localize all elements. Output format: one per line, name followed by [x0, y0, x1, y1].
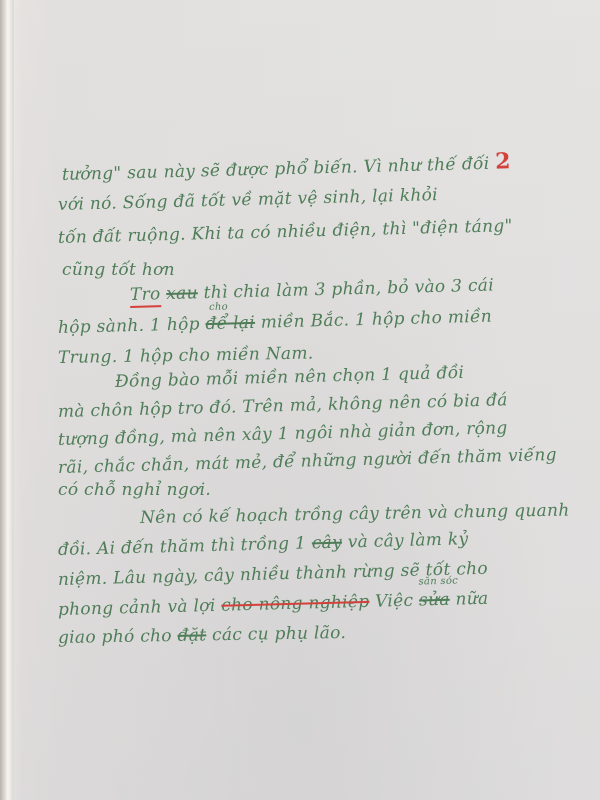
handwritten-line-17a: giao phó cho	[58, 626, 172, 648]
notebook-page: tưởng" sau này sẽ được phổ biến. Vì như …	[0, 0, 600, 800]
text-line: tưởng" sau này sẽ được phổ biến. Vì như …	[62, 144, 600, 186]
handwritten-line-8: Đồng bào mỗi miền nên chọn 1 quả đồi	[115, 363, 465, 392]
handwritten-line-4: cũng tốt hơn	[62, 260, 175, 280]
text-line: đồi. Ai đến thăm thì trồng 1 cây và cây …	[58, 524, 600, 560]
handwritten-line-17b: các cụ phụ lão.	[212, 623, 346, 645]
struck-word: sửa	[419, 590, 450, 611]
text-line: phong cảnh và lợi cho nông nghiệp Việc s…	[58, 584, 600, 620]
book-spine-shadow	[0, 0, 14, 800]
handwritten-line-16a: phong cảnh và lợi	[58, 596, 216, 620]
handwritten-line-14b: và cây làm kỷ	[347, 529, 468, 552]
page-number-marker: 2	[495, 148, 511, 174]
handwritten-line-2: với nó. Sống đã tốt về mặt vệ sinh, lại …	[58, 185, 438, 215]
text-line: giao phó cho đặt các cụ phụ lão.	[58, 618, 600, 648]
handwritten-line-11: rãi, chắc chắn, mát mẻ, để những người đ…	[58, 445, 557, 478]
handwritten-line-1: tưởng" sau này sẽ được phổ biến. Vì như …	[62, 154, 490, 185]
handwritten-line-13: Nên có kế hoạch trồng cây trên và chung …	[140, 501, 570, 528]
text-line: có chỗ nghỉ ngơi.	[58, 480, 600, 500]
handwritten-line-12: có chỗ nghỉ ngơi.	[58, 480, 211, 500]
handwritten-line-7: Trung. 1 hộp cho miền Nam.	[58, 344, 314, 368]
struck-word: cây	[312, 533, 343, 554]
struck-phrase-red: cho nông nghiệp	[221, 592, 370, 616]
handwritten-line-9: mà chôn hộp tro đó. Trên mả, không nên c…	[58, 390, 508, 422]
inserted-word: săn sóc	[418, 576, 458, 588]
handwritten-line-16c: nữa	[455, 589, 488, 610]
handwritten-line-6b: miền Bắc. 1 hộp cho miền	[260, 307, 492, 333]
text-line: tốn đất ruộng. Khi ta có nhiều điện, thì…	[58, 212, 600, 248]
text-line: mà chôn hộp tro đó. Trên mả, không nên c…	[58, 386, 600, 422]
text-line: với nó. Sống đã tốt về mặt vệ sinh, lại …	[58, 179, 600, 215]
struck-word: đặt	[177, 625, 206, 645]
handwritten-line-6a: hộp sành. 1 hộp	[58, 314, 200, 338]
handwritten-line-10: tượng đồng, mà nên xây 1 ngôi nhà giản đ…	[58, 418, 508, 450]
text-line: Nên có kế hoạch trồng cây trên và chung …	[140, 498, 600, 528]
underlined-word-tro: Tro	[130, 284, 161, 308]
handwritten-line-16b: Việc	[375, 591, 414, 612]
struck-word: để lại	[205, 313, 255, 334]
struck-word: xau	[166, 283, 198, 304]
handwritten-line-14a: đồi. Ai đến thăm thì trồng 1	[58, 534, 307, 560]
inserted-word: cho	[209, 302, 228, 313]
handwritten-line-3: tốn đất ruộng. Khi ta có nhiều điện, thì…	[58, 216, 513, 248]
text-line: niệm. Lâu ngày, cây nhiều thành rừng sẽ …	[58, 554, 600, 590]
